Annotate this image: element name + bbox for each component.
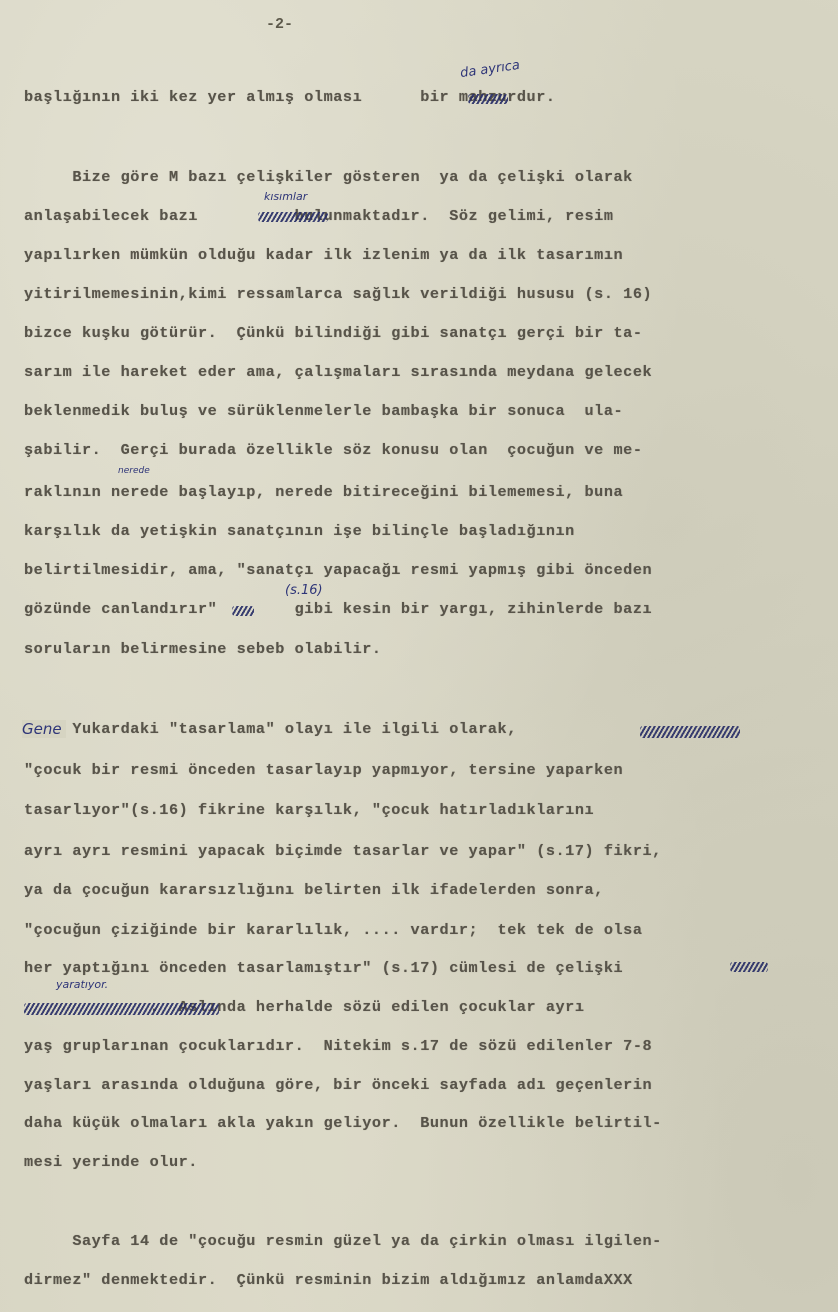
handwritten-note: yaratıyor.: [56, 978, 108, 991]
handwritten-note: nerede: [118, 466, 150, 476]
text-line: "çocuk bir resmi önceden tasarlayıp yapm…: [24, 761, 623, 779]
text-line: yaş gruplarınan çocuklarıdır. Nitekim s.…: [24, 1037, 652, 1055]
text-line: dirmez" denmektedir. Çünkü resminin bizi…: [24, 1271, 633, 1289]
text-line: Yukardaki "tasarlama" olayı ile ilgili o…: [24, 720, 517, 738]
text-line: daha küçük olmaları akla yakın geliyor. …: [24, 1114, 662, 1132]
text-line: yapılırken mümkün olduğu kadar ilk izlen…: [24, 246, 623, 264]
text-line: mesi yerinde olur.: [24, 1153, 198, 1171]
text-line: soruların belirmesine sebeb olabilir.: [24, 640, 382, 658]
handwritten-note: kısımlar: [264, 190, 307, 203]
text-line: yitirilmemesinin,kimi ressamlarca sağlık…: [24, 285, 652, 303]
text-line: bizce kuşku götürür. Çünkü bilindiği gib…: [24, 324, 643, 342]
handwritten-note: Gene: [22, 720, 66, 738]
text-line: ayrı ayrı resmini yapacak biçimde tasarl…: [24, 842, 662, 860]
typewritten-page: -2- başlığının iki kez yer almış olması …: [0, 0, 838, 1312]
text-line: raklının nerede başlayıp, nerede bitirec…: [24, 483, 623, 501]
ink-strikethrough: [640, 726, 740, 738]
text-line: "çocuğun çiziğinde bir kararlılık, .... …: [24, 921, 643, 939]
text-line: Sayfa 14 de "çocuğu resmin güzel ya da ç…: [24, 1232, 662, 1250]
ink-strikethrough: [24, 1003, 219, 1015]
ink-strikethrough: [468, 94, 508, 104]
text-line: gözünde canlandırır" gibi kesin bir yarg…: [24, 600, 652, 618]
text-line: Bize göre M bazı çelişkiler gösteren ya …: [24, 168, 633, 186]
text-line: ya da çocuğun kararsızlığını belirten il…: [24, 881, 604, 899]
text-line: sarım ile hareket eder ama, çalışmaları …: [24, 363, 652, 381]
page-number: -2-: [266, 16, 293, 33]
text-line: her yaptığını önceden tasarlamıştır" (s.…: [24, 959, 623, 977]
ink-strikethrough: [232, 606, 254, 616]
ink-strikethrough: [258, 212, 328, 222]
text-line: tasarlıyor"(s.16) fikrine karşılık, "çoc…: [24, 801, 594, 819]
text-line: şabilir. Gerçi burada özellikle söz konu…: [24, 441, 643, 459]
text-line: yaşları arasında olduğuna göre, bir önce…: [24, 1076, 652, 1094]
text-line: beklenmedik buluş ve sürüklenmelerle bam…: [24, 402, 623, 420]
ink-strikethrough: [730, 962, 768, 972]
handwritten-note: (s.16): [285, 583, 323, 598]
handwritten-note: da ayrıca: [459, 58, 521, 81]
text-line: karşılık da yetişkin sanatçının işe bili…: [24, 522, 575, 540]
text-line: belirtilmesidir, ama, "sanatçı yapacağı …: [24, 561, 652, 579]
